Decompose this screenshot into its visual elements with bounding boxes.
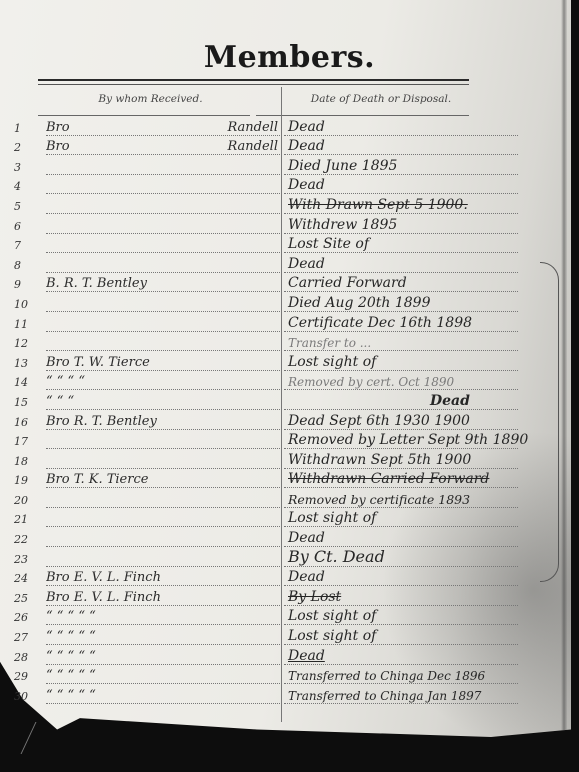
- row-number: 4: [14, 180, 40, 193]
- header-rule-thin: [38, 84, 469, 85]
- ledger-row: 13 Bro T. W. Tierce Lost sight of: [0, 351, 579, 371]
- row-number: 28: [14, 651, 40, 664]
- row-number: 22: [14, 533, 40, 546]
- member-rows: 1 BroRandell Dead 2 BroRandell Dead 3 Di…: [0, 116, 579, 704]
- row-number: 27: [14, 631, 40, 644]
- disposal-entry: Dead: [288, 530, 558, 546]
- row-number: 26: [14, 611, 40, 624]
- row-number: 15: [14, 396, 40, 409]
- ledger-row: 22 Dead: [0, 527, 579, 547]
- row-number: 25: [14, 592, 40, 605]
- disposal-entry: Carried Forward: [288, 275, 558, 291]
- received-by: Bro E. V. L. Finch: [46, 590, 278, 605]
- ledger-row: 3 Died June 1895: [0, 155, 579, 175]
- row-number: 3: [14, 161, 40, 174]
- ledger-row: 29 “ “ “ “ “ Transferred to Chinga Dec 1…: [0, 665, 579, 685]
- disposal-entry: Certificate Dec 16th 1898: [288, 315, 558, 331]
- disposal-entry: Lost sight of: [288, 510, 558, 526]
- disposal-entry: By Lost: [288, 589, 558, 605]
- received-by: Bro E. V. L. Finch: [46, 570, 278, 585]
- row-number: 23: [14, 553, 40, 566]
- received-by: “ “ “ “ “: [46, 668, 278, 683]
- ledger-row: 5 Dead With Drawn Sept 5 1900.: [0, 194, 579, 214]
- received-by: Bro T. W. Tierce: [46, 355, 278, 370]
- row-number: 18: [14, 455, 40, 468]
- ledger-row: 14 “ “ “ “ Removed by cert. Oct 1890: [0, 371, 579, 391]
- row-number: 24: [14, 572, 40, 585]
- ledger-row: 8 Dead: [0, 253, 579, 273]
- ledger-row: 15 “ “ “ Dead: [0, 390, 579, 410]
- received-by: Bro R. T. Bentley: [46, 414, 278, 429]
- disposal-entry: Transferred to Chinga Dec 1896: [288, 669, 558, 683]
- disposal-entry: Dead: [288, 256, 558, 272]
- ledger-row: 1 BroRandell Dead: [0, 116, 579, 136]
- ledger-row: 24 Bro E. V. L. Finch Dead: [0, 567, 579, 587]
- row-number: 11: [14, 318, 40, 331]
- row-number: 6: [14, 220, 40, 233]
- ledger-row: 28 “ “ “ “ “ Dead: [0, 645, 579, 665]
- ledger-row: 7 Lost Site of: [0, 234, 579, 254]
- ledger-row: 11 Certificate Dec 16th 1898: [0, 312, 579, 332]
- received-by: “ “ “ “ “: [46, 629, 278, 644]
- row-number: 1: [14, 122, 40, 135]
- disposal-entry: Lost sight of: [288, 608, 558, 624]
- disposal-entry: Removed by cert. Oct 1890: [288, 375, 558, 389]
- row-number: 13: [14, 357, 40, 370]
- torn-corner: [0, 722, 36, 754]
- ledger-row: 6 Withdrew 1895: [0, 214, 579, 234]
- disposal-entry: Removed by Letter Sept 9th 1890: [288, 432, 558, 448]
- disposal-entry: By Ct. Dead: [288, 547, 558, 566]
- ledger-row: 9 B. R. T. Bentley Carried Forward: [0, 273, 579, 293]
- disposal-entry: Withdrawn Sept 5th 1900: [288, 452, 558, 468]
- row-number: 5: [14, 200, 40, 213]
- ledger-row: 30 “ “ “ “ “ Transferred to Chinga Jan 1…: [0, 684, 579, 704]
- ledger-row: 20 Removed by certificate 1893: [0, 488, 579, 508]
- row-number: 30: [14, 690, 40, 703]
- margin-bracket-mark: [540, 262, 559, 582]
- received-by: “ “ “ “ “: [46, 609, 278, 624]
- ledger-row: 23 By Ct. Dead: [0, 547, 579, 567]
- ledger-row: 2 BroRandell Dead: [0, 136, 579, 156]
- ledger-row: 26 “ “ “ “ “ Lost sight of: [0, 606, 579, 626]
- received-surname: Randell: [227, 120, 278, 135]
- row-number: 20: [14, 494, 40, 507]
- disposal-entry: Withdrew 1895: [288, 217, 558, 233]
- ledger-row: 17 Removed by Letter Sept 9th 1890: [0, 430, 579, 450]
- row-number: 7: [14, 239, 40, 252]
- disposal-entry: With Drawn Sept 5 1900.: [288, 197, 558, 213]
- ledger-row: 12 Transfer to ...: [0, 332, 579, 352]
- row-number: 16: [14, 416, 40, 429]
- row-number: 8: [14, 259, 40, 272]
- row-number: 10: [14, 298, 40, 311]
- received-by: B. R. T. Bentley: [46, 276, 278, 291]
- ledger-row: 18 Withdrawn Sept 5th 1900: [0, 449, 579, 469]
- disposal-entry: Withdrawn Carried Forward: [288, 471, 558, 487]
- row-number: 29: [14, 670, 40, 683]
- received-surname: Randell: [227, 139, 278, 154]
- received-by: “ “ “ “ “: [46, 649, 278, 664]
- row-number: 12: [14, 337, 40, 350]
- ledger-row: 10 Died Aug 20th 1899: [0, 292, 579, 312]
- received-by: “ “ “: [46, 394, 278, 409]
- row-number: 21: [14, 513, 40, 526]
- column-header-disposal: Date of Death or Disposal.: [281, 93, 481, 105]
- row-number: 17: [14, 435, 40, 448]
- ledger-row: 19 Bro T. K. Tierce Withdrawn Carried Fo…: [0, 469, 579, 489]
- column-header-received: By whom Received.: [0, 93, 281, 105]
- ledger-row: 4 Dead: [0, 175, 579, 195]
- received-by: “ “ “ “: [46, 374, 278, 389]
- header-rule: [38, 79, 469, 81]
- row-number: 19: [14, 474, 40, 487]
- ledger-row: 27 “ “ “ “ “ Lost sight of: [0, 625, 579, 645]
- disposal-entry: Died Aug 20th 1899: [288, 295, 558, 311]
- disposal-entry: Lost sight of: [288, 354, 558, 370]
- received-by: “ “ “ “ “: [46, 688, 278, 703]
- ledger-row: 25 Bro E. V. L. Finch By Lost: [0, 586, 579, 606]
- row-number: 2: [14, 141, 40, 154]
- received-by: BroRandell: [46, 139, 278, 154]
- row-number: 9: [14, 278, 40, 291]
- disposal-entry: Died June 1895: [288, 158, 558, 174]
- disposal-entry: Dead Sept 6th 1930 1900: [288, 413, 558, 429]
- page-title: Members.: [0, 40, 579, 75]
- ledger-row: 21 Lost sight of: [0, 508, 579, 528]
- ledger-row: 16 Bro R. T. Bentley Dead Sept 6th 1930 …: [0, 410, 579, 430]
- disposal-entry: Dead: [288, 138, 558, 154]
- disposal-entry: Transferred to Chinga Jan 1897: [288, 689, 558, 703]
- disposal-entry: Transfer to ...: [288, 336, 558, 350]
- received-by: Bro T. K. Tierce: [46, 472, 278, 487]
- disposal-entry: Dead: [288, 119, 558, 135]
- disposal-entry: Lost sight of: [288, 628, 558, 644]
- row-number: 14: [14, 376, 40, 389]
- disposal-entry: Removed by certificate 1893: [288, 492, 558, 507]
- disposal-entry: Lost Site of: [288, 236, 558, 252]
- disposal-entry: Dead: [288, 648, 558, 664]
- disposal-entry: Dead: [288, 177, 558, 193]
- disposal-entry: Dead: [288, 569, 558, 585]
- received-by: BroRandell: [46, 120, 278, 135]
